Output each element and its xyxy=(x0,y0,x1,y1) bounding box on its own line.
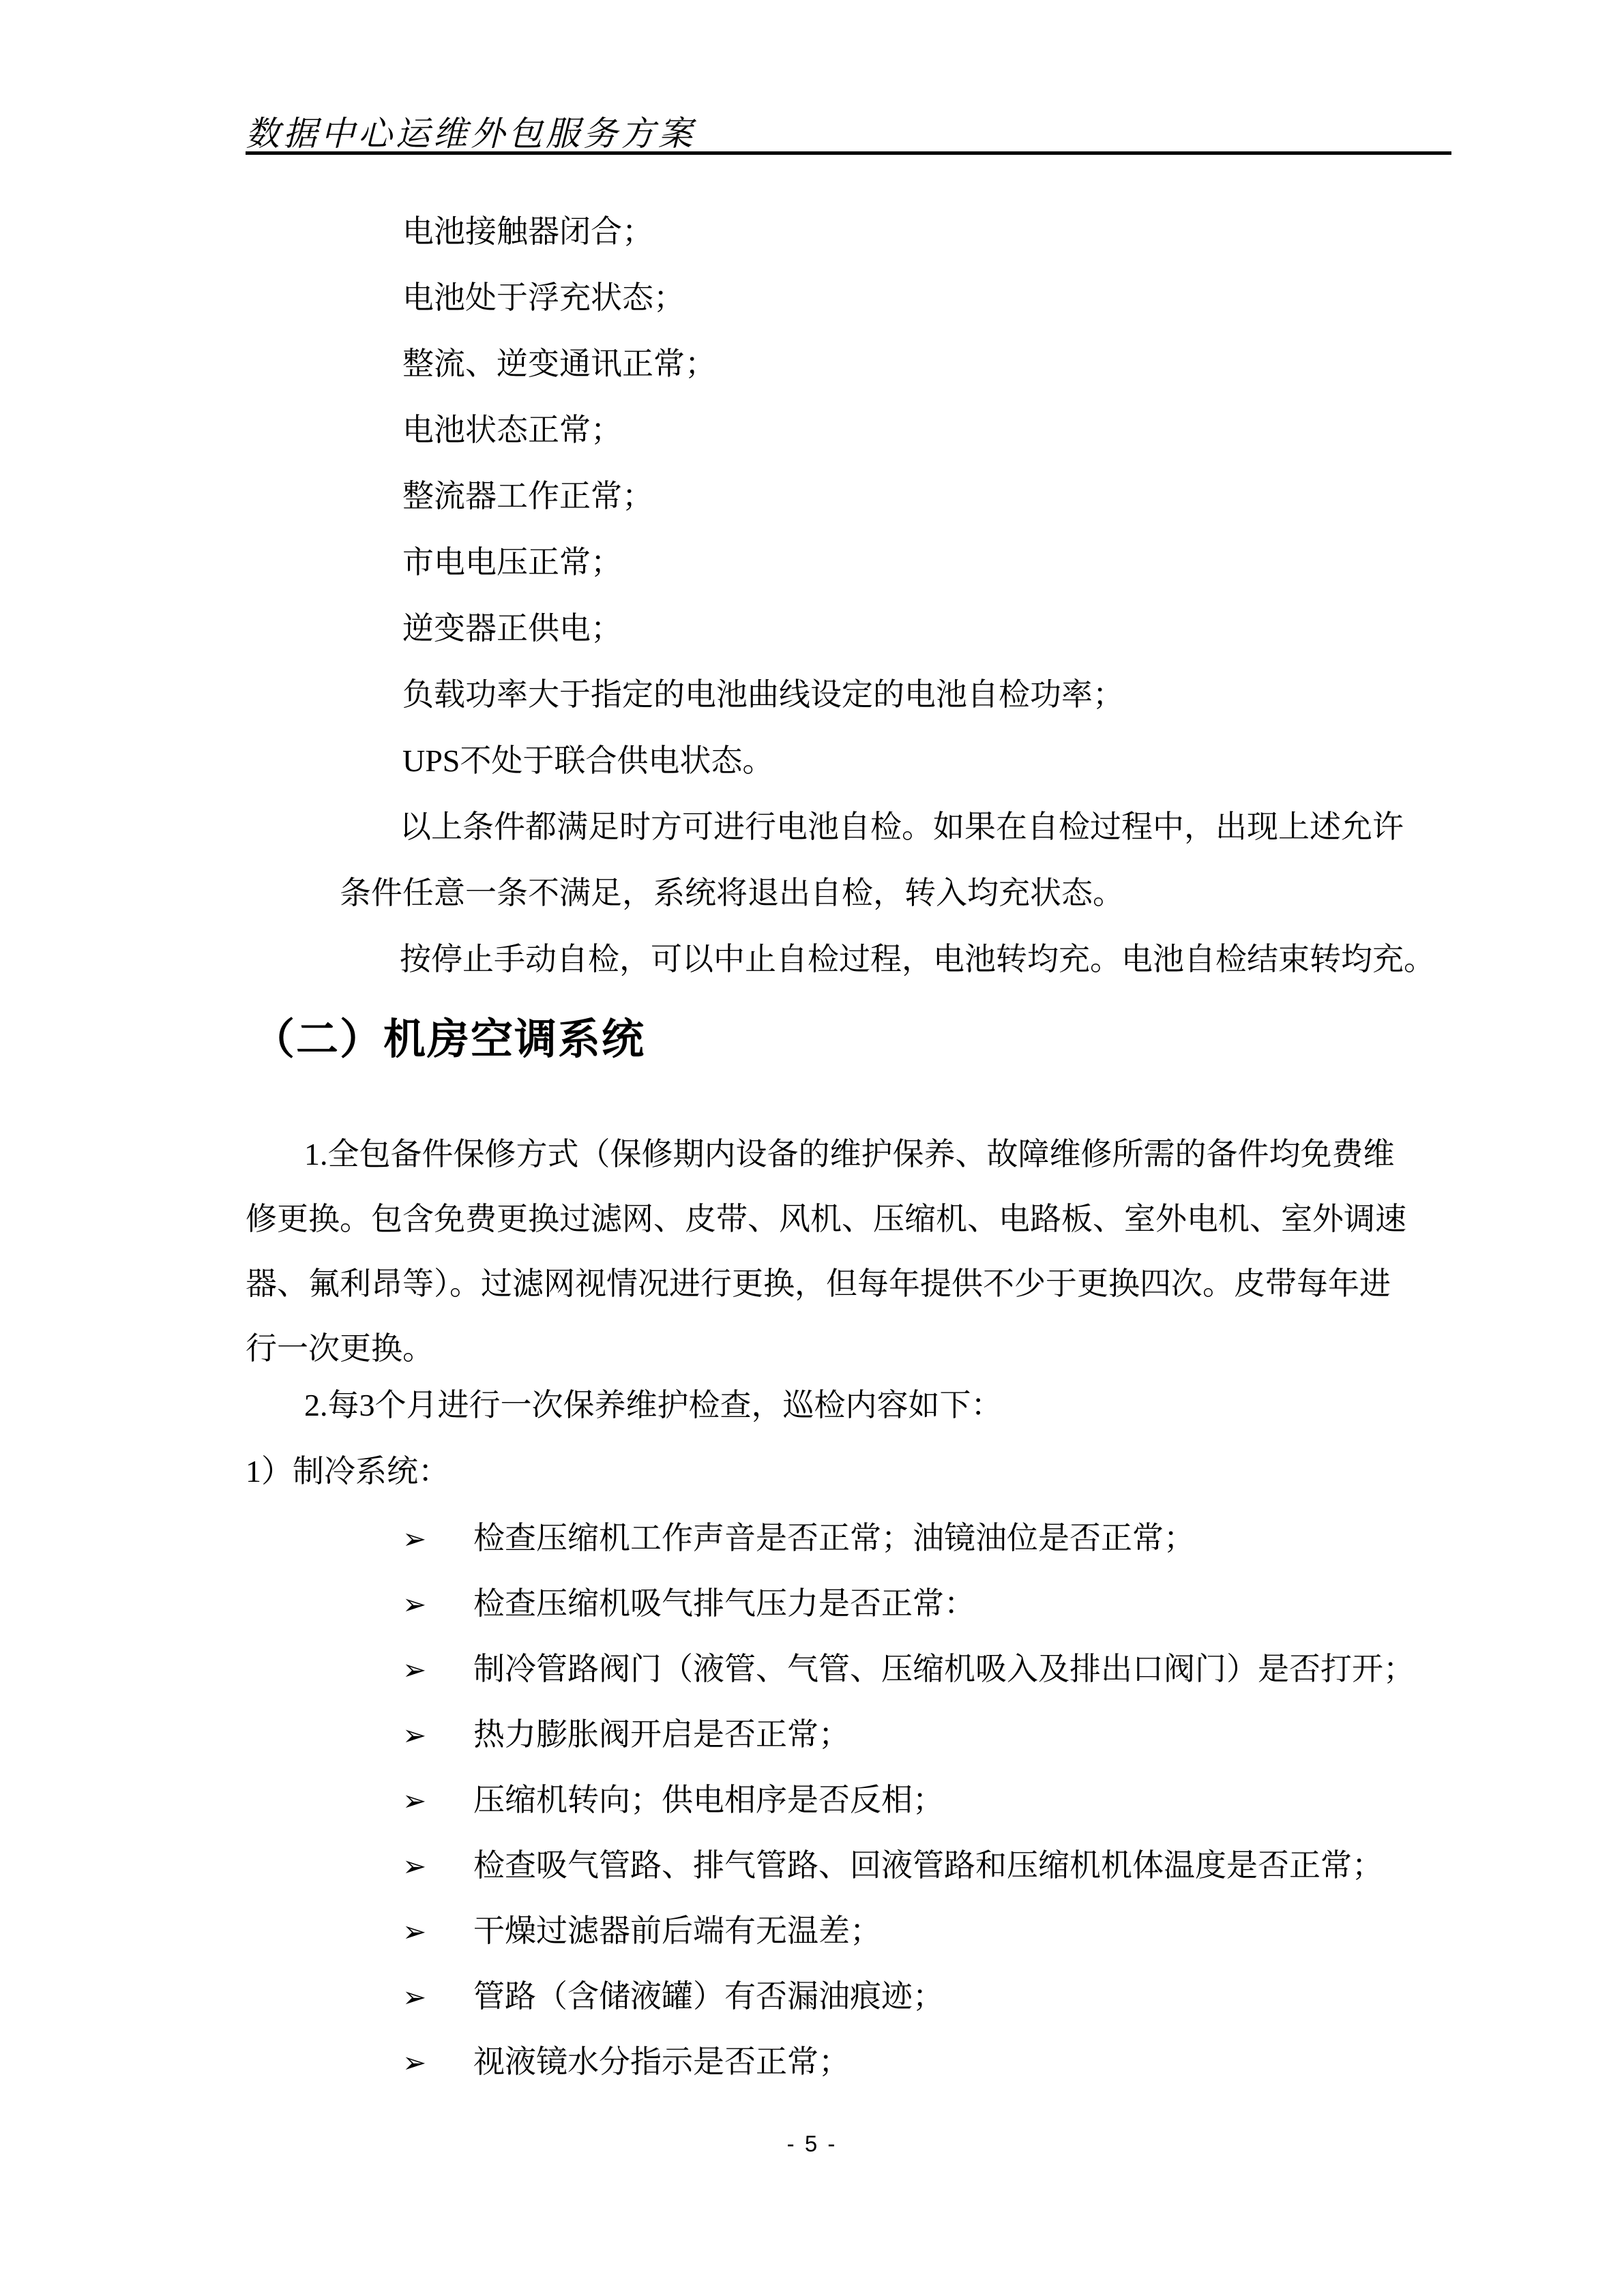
condition-list: 电池接触器闭合； 电池处于浮充状态； 整流、逆变通讯正常； 电池状态正常； 整流… xyxy=(402,198,1124,794)
page-number: - 5 - xyxy=(787,2131,838,2156)
header-rule xyxy=(246,151,1451,155)
checklist-item: ➢干燥过滤器前后端有无温差； xyxy=(402,1898,1415,1964)
warranty-line: 1.全包备件保修方式（保修期内设备的维护保养、故障维修所需的备件均免费维 xyxy=(246,1122,1451,1187)
condition-item: 市电电压正常； xyxy=(402,529,1124,595)
checklist-item: ➢管路（含储液罐）有否漏油痕迹； xyxy=(402,1964,1415,2029)
section-heading: （二）机房空调系统 xyxy=(252,1011,645,1069)
checklist-item-text: 检查压缩机工作声音是否正常；油镜油位是否正常； xyxy=(473,1521,1195,1555)
warranty-line: 器、氟利昂等）。过滤网视情况进行更换，但每年提供不少于更换四次。皮带每年进 xyxy=(246,1251,1451,1316)
checklist-item: ➢检查压缩机吸气排气压力是否正常： xyxy=(402,1571,1415,1637)
subsection-cooling-system: 1）制冷系统： xyxy=(246,1439,449,1504)
paragraph-stop-selftest: 按停止手动自检，可以中止自检过程，电池转均充。电池自检结束转均充。 xyxy=(400,926,1435,992)
arrow-bullet-icon: ➢ xyxy=(402,1506,473,1571)
checklist-item-text: 干燥过滤器前后端有无温差； xyxy=(473,1913,881,1948)
checklist-item-text: 检查压缩机吸气排气压力是否正常： xyxy=(473,1586,975,1621)
condition-item: 整流、逆变通讯正常； xyxy=(402,331,1124,397)
condition-item: 电池状态正常； xyxy=(402,397,1124,463)
checklist-item: ➢检查吸气管路、排气管路、回液管路和压缩机机体温度是否正常； xyxy=(402,1833,1415,1898)
checklist-item-text: 热力膨胀阀开启是否正常； xyxy=(473,1717,850,1752)
warranty-line: 行一次更换。 xyxy=(246,1316,1451,1381)
arrow-bullet-icon: ➢ xyxy=(402,1834,473,1898)
inspection-checklist: ➢检查压缩机工作声音是否正常；油镜油位是否正常； ➢检查压缩机吸气排气压力是否正… xyxy=(402,1506,1415,2095)
checklist-item-text: 管路（含储液罐）有否漏油痕迹； xyxy=(473,1979,944,2014)
checklist-item-text: 制冷管路阀门（液管、气管、压缩机吸入及排出口阀门）是否打开； xyxy=(473,1652,1415,1686)
arrow-bullet-icon: ➢ xyxy=(402,1572,473,1637)
page-footer: - 5 - xyxy=(0,2131,1624,2157)
arrow-bullet-icon: ➢ xyxy=(402,2030,473,2095)
checklist-item: ➢热力膨胀阀开启是否正常； xyxy=(402,1702,1415,1768)
condition-item: 电池处于浮充状态； xyxy=(402,265,1124,331)
checklist-item: ➢视液镜水分指示是否正常； xyxy=(402,2029,1415,2095)
document-page: 数据中心运维外包服务方案 电池接触器闭合； 电池处于浮充状态； 整流、逆变通讯正… xyxy=(0,0,1624,2296)
checklist-item-text: 视液镜水分指示是否正常； xyxy=(473,2044,850,2079)
checklist-item-text: 检查吸气管路、排气管路、回液管路和压缩机机体温度是否正常； xyxy=(473,1848,1383,1883)
arrow-bullet-icon: ➢ xyxy=(402,1965,473,2029)
paragraph-allow-line2: 条件任意一条不满足，系统将退出自检，转入均充状态。 xyxy=(340,860,1124,926)
arrow-bullet-icon: ➢ xyxy=(402,1703,473,1768)
checklist-item: ➢检查压缩机工作声音是否正常；油镜油位是否正常； xyxy=(402,1506,1415,1571)
checklist-item: ➢压缩机转向；供电相序是否反相； xyxy=(402,1768,1415,1833)
paragraph-allow-line1: 以上条件都满足时方可进行电池自检。如果在自检过程中，出现上述允许 xyxy=(400,794,1404,860)
page-header-title: 数据中心运维外包服务方案 xyxy=(246,106,696,155)
arrow-bullet-icon: ➢ xyxy=(402,1637,473,1702)
arrow-bullet-icon: ➢ xyxy=(402,1768,473,1833)
warranty-paragraph: 1.全包备件保修方式（保修期内设备的维护保养、故障维修所需的备件均免费维 修更换… xyxy=(246,1122,1451,1381)
condition-item: 整流器工作正常； xyxy=(402,463,1124,529)
checklist-item: ➢制冷管路阀门（液管、气管、压缩机吸入及排出口阀门）是否打开； xyxy=(402,1637,1415,1702)
condition-item: UPS不处于联合供电状态。 xyxy=(402,728,1124,794)
condition-item: 负载功率大于指定的电池曲线设定的电池自检功率； xyxy=(402,661,1124,728)
arrow-bullet-icon: ➢ xyxy=(402,1899,473,1964)
condition-item: 逆变器正供电； xyxy=(402,595,1124,661)
inspection-paragraph: 2.每3个月进行一次保养维护检查，巡检内容如下： xyxy=(304,1373,1003,1437)
warranty-line: 修更换。包含免费更换过滤网、皮带、风机、压缩机、电路板、室外电机、室外调速 xyxy=(246,1187,1451,1251)
checklist-item-text: 压缩机转向；供电相序是否反相； xyxy=(473,1783,944,1817)
condition-item: 电池接触器闭合； xyxy=(402,198,1124,265)
